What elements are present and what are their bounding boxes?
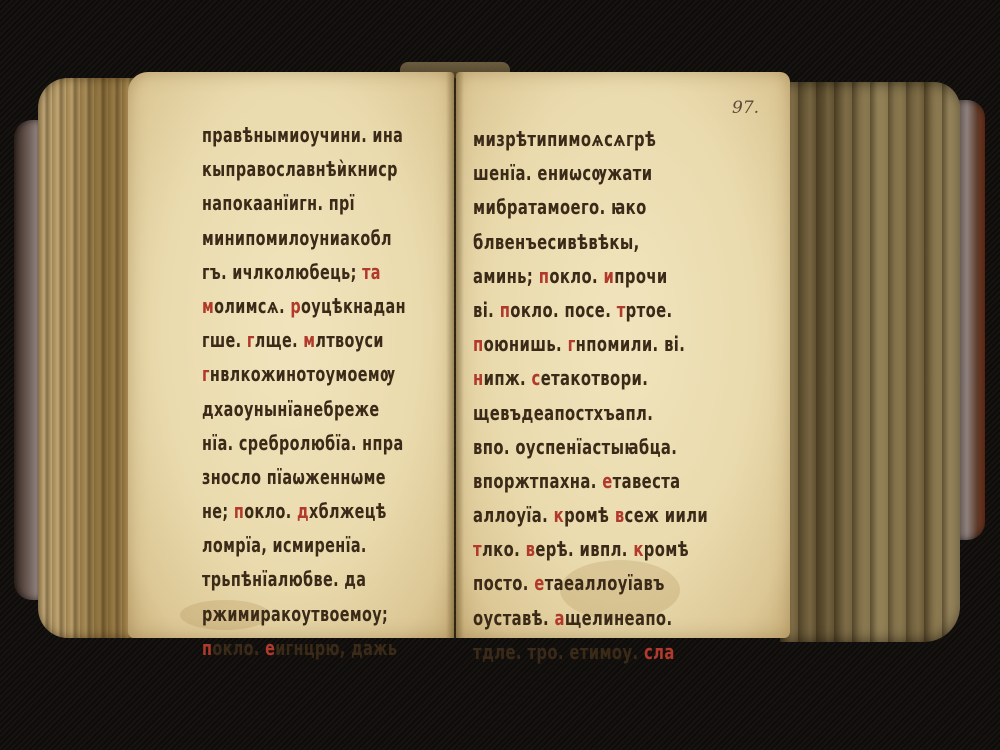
rubric-text: а bbox=[555, 606, 565, 630]
rubric-text: п bbox=[202, 636, 212, 660]
body-text: дхаоунынїанебреже bbox=[202, 397, 380, 421]
manuscript-line: шенїа. ениѡсѹжати bbox=[473, 156, 708, 190]
body-text: гше. bbox=[202, 328, 247, 352]
rubric-text: р bbox=[290, 294, 301, 318]
manuscript-line: гъ. ичлколюбець; та bbox=[202, 255, 406, 289]
rubric-text: к bbox=[554, 503, 564, 527]
body-text: ржимиракоутвоемоу; bbox=[202, 602, 388, 626]
manuscript-line: мизрѣтипимоѧсѧгрѣ bbox=[473, 122, 708, 156]
left-page-text: правѣнымиоучини. инакыправославнѣѝкнисрн… bbox=[202, 118, 406, 665]
body-text: нїа. сребролюбїа. нпра bbox=[202, 431, 404, 455]
manuscript-line: нїа. сребролюбїа. нпра bbox=[202, 426, 406, 460]
rubric-text: н bbox=[473, 366, 484, 390]
rubric-text: т bbox=[473, 537, 482, 561]
body-text: мибратамоего. ꙗко bbox=[473, 195, 647, 219]
rubric-text: д bbox=[297, 499, 309, 523]
manuscript-line: молимсѧ. роуцѣкнадан bbox=[202, 289, 406, 323]
manuscript-line: мибратамоего. ꙗко bbox=[473, 190, 708, 224]
manuscript-photo: 97. правѣнымиоучини. инакыправославнѣѝкн… bbox=[0, 0, 1000, 750]
manuscript-line: напокаанїигн. прї bbox=[202, 186, 406, 220]
body-text: кыправославнѣѝкниср bbox=[202, 157, 398, 181]
body-text: тдле. тро. етимоу. bbox=[473, 640, 644, 664]
rubric-text: т bbox=[617, 298, 626, 322]
manuscript-line: впо. оуспенїастыꙗбца. bbox=[473, 430, 708, 464]
body-text: щевъдеапостхъапл. bbox=[473, 401, 653, 425]
manuscript-line: трьпѣнїалюбве. да bbox=[202, 562, 406, 596]
manuscript-line: посто. етаеаллоуїавъ bbox=[473, 566, 708, 600]
rubric-text: е bbox=[534, 571, 544, 595]
manuscript-line: ломрїа, исмиренїа. bbox=[202, 528, 406, 562]
body-text: трьпѣнїалюбве. да bbox=[202, 567, 366, 591]
body-text: минипомилоуниакобл bbox=[202, 226, 392, 250]
manuscript-line: впоржтпахна. етавеста bbox=[473, 464, 708, 498]
body-text: ломрїа, исмиренїа. bbox=[202, 533, 367, 557]
body-text: нвлкожинотоумоемѹ bbox=[210, 362, 396, 386]
body-text: окло. bbox=[244, 499, 297, 523]
body-text: окло. посе. bbox=[510, 298, 616, 322]
rubric-text: г bbox=[568, 332, 576, 356]
manuscript-line: покло. еигнцрю, дажь bbox=[202, 631, 406, 665]
body-text: правѣнымиоучини. ина bbox=[202, 123, 403, 147]
rubric-text: с bbox=[532, 366, 541, 390]
body-text: оуставѣ. bbox=[473, 606, 555, 630]
body-text: аллоуїа. bbox=[473, 503, 554, 527]
rubric-text: и bbox=[604, 264, 615, 288]
manuscript-line: минипомилоуниакобл bbox=[202, 221, 406, 255]
folio-number: 97. bbox=[732, 98, 759, 118]
body-text: зносло пїаѡженнѡме bbox=[202, 465, 386, 489]
manuscript-line: тлко. верѣ. ивпл. кромѣ bbox=[473, 532, 708, 566]
rubric-text: к bbox=[633, 537, 643, 561]
body-text: шенїа. ениѡсѹжати bbox=[473, 161, 652, 185]
gutter-fold bbox=[446, 72, 464, 638]
right-page-text: мизрѣтипимоѧсѧгрѣшенїа. ениѡсѹжатимибрат… bbox=[473, 122, 708, 669]
body-text: ромѣ bbox=[644, 537, 689, 561]
body-text: щелинеапо. bbox=[565, 606, 673, 630]
rubric-text: м bbox=[202, 294, 214, 318]
body-text: ртое. bbox=[626, 298, 673, 322]
manuscript-line: правѣнымиоучини. ина bbox=[202, 118, 406, 152]
body-text: ипж. bbox=[484, 366, 532, 390]
rubric-text: п bbox=[234, 499, 244, 523]
body-text: сеж иили bbox=[625, 503, 709, 527]
body-text: оюнишь. bbox=[484, 332, 568, 356]
rubric-text: е bbox=[265, 636, 275, 660]
body-text: окло. bbox=[549, 264, 603, 288]
body-text: лко. bbox=[482, 537, 526, 561]
manuscript-line: кыправославнѣѝкниср bbox=[202, 152, 406, 186]
manuscript-line: аминь; покло. ипрочи bbox=[473, 259, 708, 293]
rubric-text: в bbox=[526, 537, 536, 561]
body-text: оуцѣкнадан bbox=[301, 294, 406, 318]
body-text: лще. bbox=[255, 328, 304, 352]
body-text: ромѣ bbox=[564, 503, 615, 527]
body-text: тавеста bbox=[613, 469, 681, 493]
manuscript-line: не; покло. дхблжецѣ bbox=[202, 494, 406, 528]
rubric-text: г bbox=[202, 362, 210, 386]
manuscript-line: оуставѣ. ащелинеапо. bbox=[473, 601, 708, 635]
body-text: посто. bbox=[473, 571, 534, 595]
rubric-text: п bbox=[500, 298, 511, 322]
manuscript-line: дхаоунынїанебреже bbox=[202, 392, 406, 426]
rubric-text: сла bbox=[644, 640, 675, 664]
rubric-text: е bbox=[602, 469, 612, 493]
body-text: мизрѣтипимоѧсѧгрѣ bbox=[473, 127, 656, 151]
body-text: прочи bbox=[614, 264, 667, 288]
rubric-text: п bbox=[473, 332, 484, 356]
manuscript-line: щевъдеапостхъапл. bbox=[473, 396, 708, 430]
manuscript-line: гнвлкожинотоумоемѹ bbox=[202, 357, 406, 391]
manuscript-line: блвенъесивѣвѣкы, bbox=[473, 225, 708, 259]
body-text: впо. оуспенїастыꙗбца. bbox=[473, 435, 677, 459]
body-text: лтвоуси bbox=[315, 328, 383, 352]
body-text: напокаанїигн. прї bbox=[202, 191, 355, 215]
rubric-text: та bbox=[362, 260, 381, 284]
manuscript-line: аллоуїа. кромѣ всеж иили bbox=[473, 498, 708, 532]
manuscript-line: поюнишь. гнпомили. ві. bbox=[473, 327, 708, 361]
body-text: не; bbox=[202, 499, 234, 523]
body-text: ві. bbox=[473, 298, 500, 322]
page-edges-right bbox=[780, 82, 960, 642]
body-text: нпомили. ві. bbox=[576, 332, 686, 356]
body-text: гъ. ичлколюбець; bbox=[202, 260, 362, 284]
body-text: аминь; bbox=[473, 264, 539, 288]
manuscript-line: ві. покло. посе. тртое. bbox=[473, 293, 708, 327]
body-text: впоржтпахна. bbox=[473, 469, 602, 493]
manuscript-line: нипж. сетакотвори. bbox=[473, 361, 708, 395]
body-text: олимсѧ. bbox=[214, 294, 290, 318]
manuscript-line: тдле. тро. етимоу. сла bbox=[473, 635, 708, 669]
manuscript-line: гше. глще. млтвоуси bbox=[202, 323, 406, 357]
body-text: игнцрю, дажь bbox=[275, 636, 397, 660]
body-text: окло. bbox=[212, 636, 265, 660]
body-text: хблжецѣ bbox=[309, 499, 387, 523]
manuscript-line: ржимиракоутвоемоу; bbox=[202, 597, 406, 631]
body-text: етакотвори. bbox=[541, 366, 649, 390]
rubric-text: м bbox=[303, 328, 315, 352]
rubric-text: в bbox=[615, 503, 625, 527]
body-text: блвенъесивѣвѣкы, bbox=[473, 230, 640, 254]
rubric-text: п bbox=[539, 264, 550, 288]
manuscript-line: зносло пїаѡженнѡме bbox=[202, 460, 406, 494]
body-text: таеаллоуїавъ bbox=[545, 571, 665, 595]
body-text: ерѣ. ивпл. bbox=[535, 537, 633, 561]
